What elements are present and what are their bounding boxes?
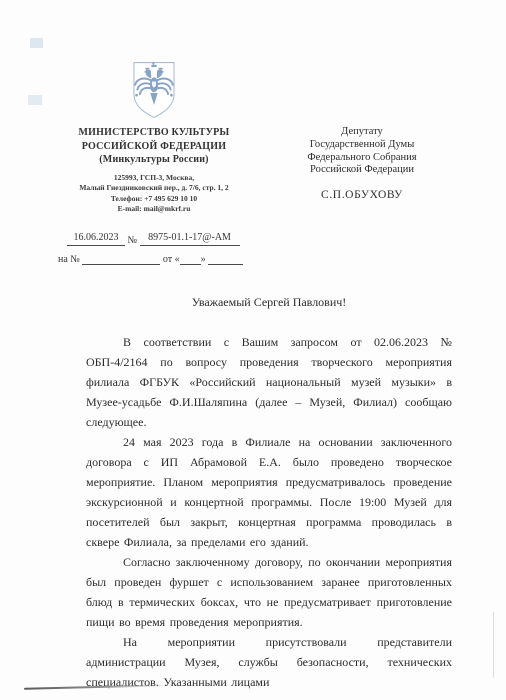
reply-from-label: от « — [163, 254, 180, 265]
reply-date-blank — [208, 251, 243, 265]
number-sign: № — [128, 235, 138, 246]
reference-block: 16.06.2023 № 8975-01.1-17@-АМ на № от «» — [58, 232, 243, 265]
recipient-line: Федерального Собрания — [276, 152, 448, 165]
ministry-phone: Телефон: +7 495 629 10 10 — [55, 194, 253, 205]
body-paragraph: В соответствии с Вашим запросом от 02.06… — [86, 332, 452, 432]
ministry-block: МИНИСТЕРСТВО КУЛЬТУРЫ РОССИЙСКОЙ ФЕДЕРАЦ… — [55, 60, 253, 215]
recipient-name: С.П.ОБУХОВУ — [276, 189, 448, 202]
letter-body: Уважаемый Сергей Павлович! В соответстви… — [86, 292, 452, 692]
letter-page: МИНИСТЕРСТВО КУЛЬТУРЫ РОССИЙСКОЙ ФЕДЕРАЦ… — [0, 0, 506, 700]
letter-header: МИНИСТЕРСТВО КУЛЬТУРЫ РОССИЙСКОЙ ФЕДЕРАЦ… — [55, 60, 448, 215]
ministry-address-line2: Малый Гнездниковский пер., д. 7/6, стр. … — [55, 183, 253, 194]
ministry-name-line3: (Минкультуры России) — [55, 153, 253, 167]
reply-prefix: на № — [58, 254, 80, 265]
body-paragraph: 24 мая 2023 года в Филиале на основании … — [86, 432, 452, 552]
recipient-line: Депутату — [276, 126, 448, 139]
ministry-name-line1: МИНИСТЕРСТВО КУЛЬТУРЫ — [55, 126, 253, 140]
body-paragraph: Согласно заключенному договору, по оконч… — [86, 552, 452, 632]
recipient-block: Депутату Государственной Думы Федерально… — [276, 60, 448, 215]
ministry-name-line2: РОССИЙСКОЙ ФЕДЕРАЦИИ — [55, 140, 253, 154]
ministry-address-line1: 125993, ГСП-3, Москва, — [55, 173, 253, 184]
reply-day-blank — [180, 251, 201, 265]
recipient-line: Государственной Думы — [276, 139, 448, 152]
recipient-line: Российской Федерации — [276, 164, 448, 177]
outgoing-number: 8975-01.1-17@-АМ — [140, 232, 240, 246]
ministry-email: E-mail: mail@mkrf.ru — [55, 204, 253, 215]
russia-coat-of-arms-icon — [131, 60, 177, 120]
scan-mark-top-left-2 — [28, 95, 42, 105]
salutation: Уважаемый Сергей Павлович! — [86, 292, 452, 312]
body-paragraph: На мероприятии присутствовали представит… — [86, 632, 452, 692]
reference-row-outgoing: 16.06.2023 № 8975-01.1-17@-АМ — [67, 232, 243, 246]
reference-row-reply: на № от «» — [58, 251, 243, 265]
scan-mark-top-left-1 — [30, 38, 43, 48]
outgoing-date: 16.06.2023 — [67, 232, 125, 246]
scan-artifact-right-line — [493, 612, 494, 678]
reply-close-quote: » — [201, 254, 206, 265]
reply-number-blank — [82, 251, 160, 265]
